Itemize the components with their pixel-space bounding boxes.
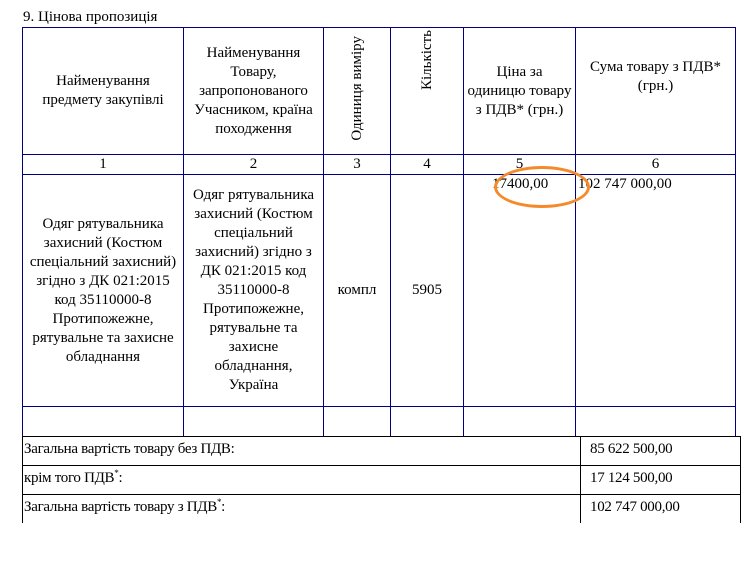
header-row: Найменування предмету закупівлі Найменув… <box>23 28 736 155</box>
summary-label: крім того ПДВ*: <box>23 466 581 495</box>
column-number-row: 1 2 3 4 5 6 <box>23 155 736 175</box>
header-total: Сума товару з ПДВ* (грн.) <box>576 28 736 155</box>
empty-row <box>23 407 736 437</box>
header-item-name: Найменування предмету закупівлі <box>23 28 184 155</box>
summary-label: Загальна вартість товару з ПДВ*: <box>23 495 581 524</box>
column-number: 4 <box>391 155 464 175</box>
empty-cell <box>23 407 184 437</box>
unit-price-cell: 17400,00 <box>464 175 576 407</box>
unit-cell: компл <box>324 175 391 407</box>
column-number: 6 <box>576 155 736 175</box>
empty-cell <box>324 407 391 437</box>
summary-row-total-without-vat: Загальна вартість товару без ПДВ: 85 622… <box>23 437 741 466</box>
header-unit-price: Ціна за одиницю товару з ПДВ* (грн.) <box>464 28 576 155</box>
summary-value: 17 124 500,00 <box>581 466 741 495</box>
header-unit: Одиниця виміру <box>324 28 391 155</box>
empty-cell <box>576 407 736 437</box>
summary-label: Загальна вартість товару без ПДВ: <box>23 437 581 466</box>
summary-row-vat: крім того ПДВ*: 17 124 500,00 <box>23 466 741 495</box>
quantity-cell: 5905 <box>391 175 464 407</box>
summary-row-total-with-vat: Загальна вартість товару з ПДВ*: 102 747… <box>23 495 741 524</box>
offered-item-cell: Одяг рятувальника захисний (Костюм спеці… <box>184 175 324 407</box>
summary-value: 85 622 500,00 <box>581 437 741 466</box>
table-row: Одяг рятувальника захисний (Костюм спеці… <box>23 175 736 407</box>
total-cell: 102 747 000,00 <box>576 175 736 407</box>
item-name-cell: Одяг рятувальника захисний (Костюм спеці… <box>23 175 184 407</box>
empty-cell <box>464 407 576 437</box>
column-number: 1 <box>23 155 184 175</box>
section-title: 9. Цінова пропозиція <box>23 8 157 26</box>
empty-cell <box>184 407 324 437</box>
summary-value: 102 747 000,00 <box>581 495 741 524</box>
unit-price-value: 17400,00 <box>464 175 575 194</box>
column-number: 5 <box>464 155 576 175</box>
column-number: 3 <box>324 155 391 175</box>
price-proposal-table: Найменування предмету закупівлі Найменув… <box>22 27 736 437</box>
header-quantity: Кількість <box>391 28 464 155</box>
header-offered-item: Найменування Товару, запропонованого Уча… <box>184 28 324 155</box>
summary-table: Загальна вартість товару без ПДВ: 85 622… <box>22 436 741 523</box>
column-number: 2 <box>184 155 324 175</box>
empty-cell <box>391 407 464 437</box>
